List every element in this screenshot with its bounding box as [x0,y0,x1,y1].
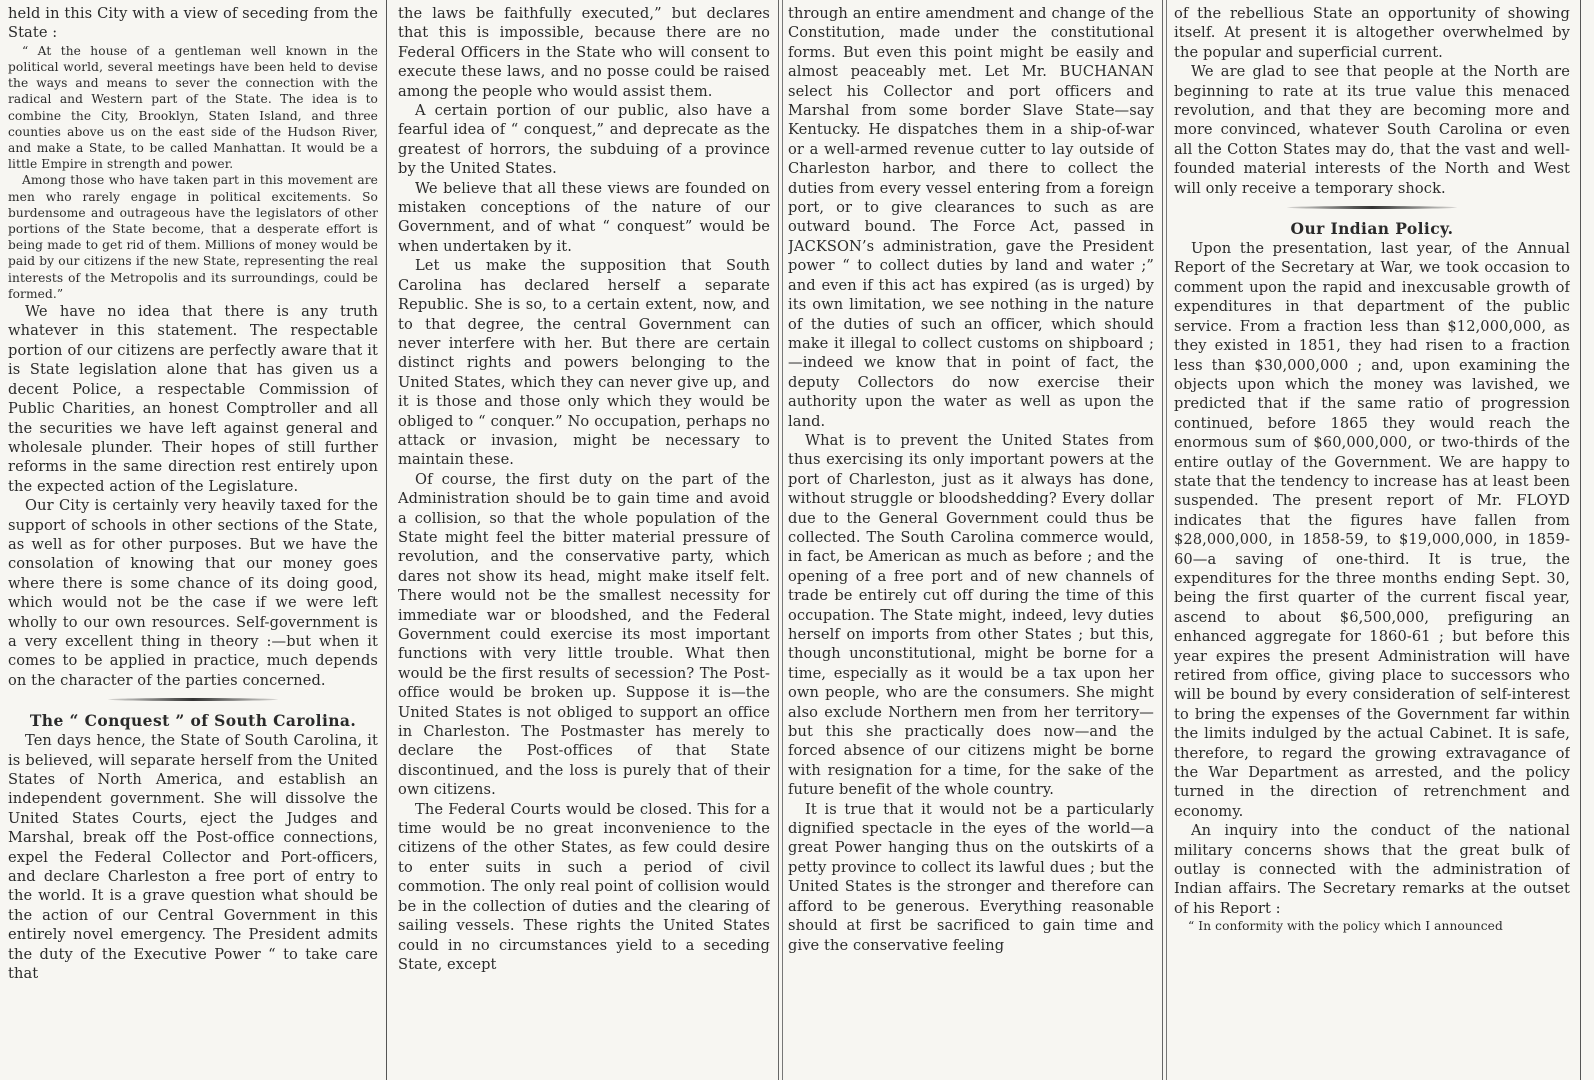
quoted-paragraph: “ At the house of a gentleman well known… [8,43,378,173]
article-paragraph: held in this City with a view of secedin… [8,4,378,43]
article-paragraph: through an entire amendment and change o… [788,4,1154,431]
section-divider [8,690,378,708]
article-headline: The “ Conquest ” of South Carolina. [8,710,378,731]
article-paragraph: A certain portion of our public, also ha… [398,101,770,179]
article-column-3: through an entire amendment and change o… [788,4,1154,1076]
article-paragraph: Ten days hence, the State of South Carol… [8,731,378,983]
article-paragraph: Upon the presentation, last year, of the… [1174,239,1570,821]
column-rule [386,0,387,1080]
newspaper-page: held in this City with a view of secedin… [0,0,1594,1080]
article-column-2: the laws be faithfully executed,” but de… [398,4,770,1076]
article-paragraph: Our City is certainly very heavily taxed… [8,496,378,690]
column-rule [778,0,779,1080]
article-paragraph: What is to prevent the United States fro… [788,431,1154,800]
article-paragraph: We believe that all these views are foun… [398,179,770,257]
article-paragraph: It is true that it would not be a partic… [788,800,1154,955]
article-paragraph: An inquiry into the conduct of the natio… [1174,821,1570,918]
article-paragraph: The Federal Courts would be closed. This… [398,800,770,975]
article-paragraph: We have no idea that there is any truth … [8,302,378,496]
article-paragraph: Let us make the supposition that South C… [398,256,770,469]
section-divider [1174,198,1570,216]
article-paragraph: the laws be faithfully executed,” but de… [398,4,770,101]
article-paragraph: Of course, the first duty on the part of… [398,470,770,800]
column-rule [1162,0,1163,1080]
quoted-paragraph: “ In conformity with the policy which I … [1174,918,1570,934]
column-rule [1580,0,1581,1080]
article-headline: Our Indian Policy. [1174,218,1570,239]
article-column-4: of the rebellious State an opportunity o… [1174,4,1570,1076]
article-column-1: held in this City with a view of secedin… [8,4,378,1076]
article-paragraph: of the rebellious State an opportunity o… [1174,4,1570,62]
quoted-paragraph: Among those who have taken part in this … [8,172,378,302]
article-paragraph: We are glad to see that people at the No… [1174,62,1570,198]
